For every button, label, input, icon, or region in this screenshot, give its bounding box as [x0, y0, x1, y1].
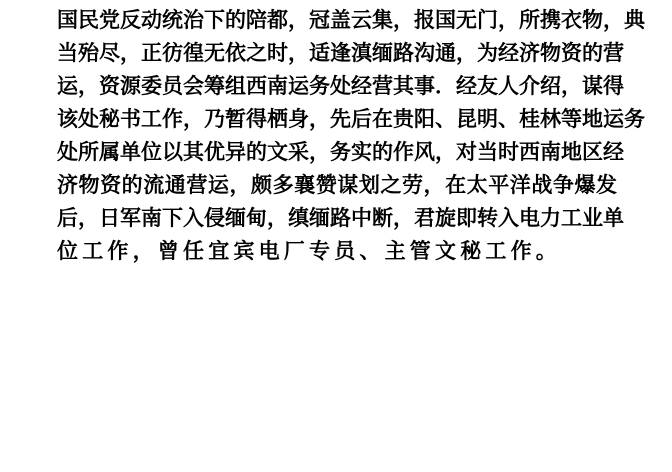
- paragraph-line-3: 运，资源委员会筹组西南运务处经营其事．经友人介绍，谋得: [57, 70, 617, 103]
- paragraph-line-8: 位工作，曾任宜宾电厂专员、主管文秘工作。: [57, 235, 617, 268]
- paragraph-line-5: 处所属单位以其优异的文采，务实的作风，对当时西南地区经: [57, 136, 617, 169]
- paragraph-line-7: 后，日军南下入侵缅甸，缜缅路中断，君旋即转入电力工业单: [57, 202, 617, 235]
- paragraph-line-6: 济物资的流通营运，颇多襄赞谋划之劳，在太平洋战争爆发: [57, 169, 617, 202]
- paragraph: 国民党反动统治下的陪都，冠盖云集，报国无门，所携衣物，典 当殆尽，正彷徨无依之时…: [57, 4, 617, 268]
- paragraph-line-2: 当殆尽，正彷徨无依之时，适逢滇缅路沟通，为经济物资的营: [57, 37, 617, 70]
- document-page: 国民党反动统治下的陪都，冠盖云集，报国无门，所携衣物，典 当殆尽，正彷徨无依之时…: [0, 0, 672, 472]
- paragraph-line-1: 国民党反动统治下的陪都，冠盖云集，报国无门，所携衣物，典: [57, 4, 617, 37]
- paragraph-line-4: 该处秘书工作，乃暂得栖身，先后在贵阳、昆明、桂林等地运务: [57, 103, 617, 136]
